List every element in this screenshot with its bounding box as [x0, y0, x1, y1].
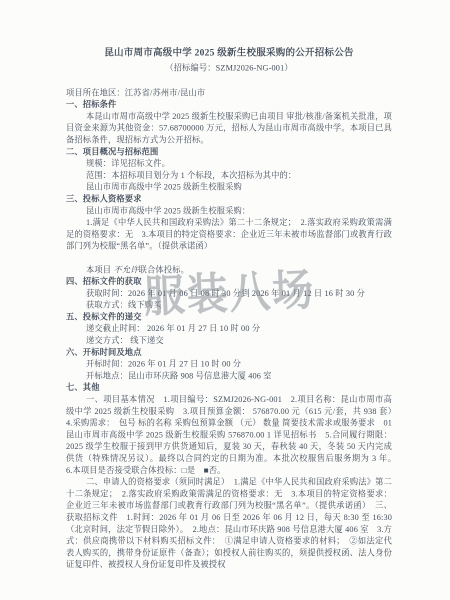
submission-method: 递交方式： 线下递交: [66, 335, 392, 347]
document-body: 昆山市周市高级中学 2025 级新生校服采购的公开招标公告 （招标编号：SZMJ…: [0, 0, 450, 600]
bidder-qualification-intro: 昆山市周市高级中学 2025 级新生校服采购：: [66, 205, 392, 217]
other-info-paragraph-2: 二、申请人的资格要求（须同时满足） 1.满足《中华人民共和国政府采购法》第二十二…: [66, 476, 392, 570]
section-4: 四、招标文件的获取 获取时间：2026 年 01 月 06 日 08 时 30 …: [66, 276, 392, 311]
section-5: 五、投标文件的递交 递交截止时间： 2026 年 01 月 27 日 10 时 …: [66, 311, 392, 346]
scanned-document-page: 昆山市周市高级中学 2025 级新生校服采购的公开招标公告 （招标编号：SZMJ…: [0, 0, 450, 600]
no-consortium-prefix: 本项目: [86, 265, 113, 275]
section-2: 二、项目概况与招标范围 规模：详见招标文件。 范围：本招标项目划分为 1 个标段…: [66, 146, 392, 193]
project-location-line: 项目所在地区：江苏省/苏州市/昆山市: [66, 87, 392, 99]
section-5-heading: 五、投标文件的递交: [66, 311, 392, 323]
document-title: 昆山市周市高级中学 2025 级新生校服采购的公开招标公告: [66, 46, 392, 60]
bidder-qualification-requirements: 1.满足《中华人民共和国政府采购法》第二十二条规定； 2.落实政府采购政策需满足…: [66, 217, 392, 252]
section-6-heading: 六、开标时间及地点: [66, 346, 392, 358]
section-6: 六、开标时间及地点 开标时间：2026 年 01 月 27 日 10 时 00 …: [66, 346, 392, 381]
scope-range-line: 范围：本招标项目划分为 1 个标段，本次招标为其中的：: [66, 169, 392, 181]
section-7: 七、其他 一、项目基本情况 1.项目编号：SZMJ2026-NG-001 2.项…: [66, 382, 392, 571]
no-consortium-emphasis: 不允许: [113, 265, 138, 275]
scope-item-line: 昆山市周市高级中学 2025 级新生校服采购: [66, 181, 392, 193]
section-2-heading: 二、项目概况与招标范围: [66, 146, 392, 158]
section-1: 一、招标条件 本昆山市周市高级中学 2025 级新生校服采购已由项目 审批/核准…: [66, 99, 392, 146]
no-consortium-suffix: 联合体投标。: [139, 265, 189, 275]
document-obtain-method: 获取方式：线下购买: [66, 299, 392, 311]
section-7-heading: 七、其他: [66, 382, 392, 394]
section-4-heading: 四、招标文件的获取: [66, 276, 392, 288]
section-3: 三、投标人资格要求 昆山市周市高级中学 2025 级新生校服采购： 1.满足《中…: [66, 193, 392, 276]
no-consortium-line: 本项目 不允许联合体投标。: [66, 264, 392, 276]
document-obtain-time: 获取时间：2026 年 01 月 06 日 08 时 30 分到 2026 年 …: [66, 287, 392, 299]
bid-opening-place: 开标地点：昆山市环庆路 908 号信息港大厦 406 室: [66, 370, 392, 382]
section-1-heading: 一、招标条件: [66, 99, 392, 111]
other-info-paragraph-1: 一、项目基本情况 1.项目编号：SZMJ2026-NG-001 2.项目名称：昆…: [66, 394, 392, 477]
scope-scale-line: 规模：详见招标文件。: [66, 158, 392, 170]
section-3-heading: 三、投标人资格要求: [66, 193, 392, 205]
submission-deadline: 递交截止时间： 2026 年 01 月 27 日 10 时 00 分: [66, 323, 392, 335]
bid-opening-time: 开标时间：2026 年 01 月 27 日 10 时 00 分: [66, 358, 392, 370]
tender-number: （招标编号：SZMJ2026-NG-001）: [66, 62, 392, 74]
section-1-paragraph: 本昆山市周市高级中学 2025 级新生校服采购已由项目 审批/核准/备案机关批准…: [66, 110, 392, 145]
